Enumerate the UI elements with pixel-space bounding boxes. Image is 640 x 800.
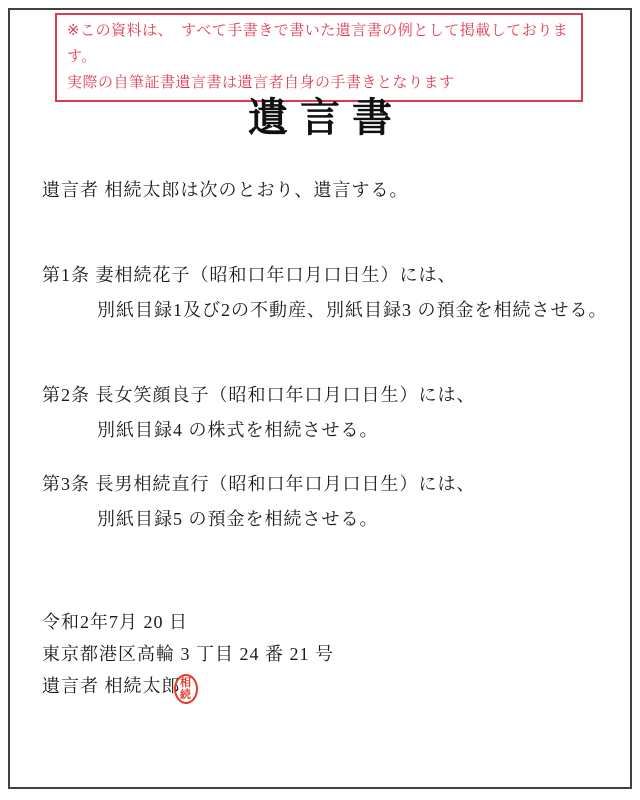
signature-row: 遺言者 相続太郎 相 続 (42, 672, 198, 704)
testator-intro-line: 遺言者 相続太郎は次のとおり、遺言する。 (42, 176, 409, 202)
document-page: ※この資料は、 すべて手書きで書いた遺言書の例として掲載しております。 実際の自… (8, 8, 632, 789)
article-1-line-1: 第1条 妻相続花子（昭和口年口月口日生）には、 (42, 261, 457, 287)
article-1-line-2: 別紙目録1及び2の不動産、別紙目録3 の預金を相続させる。 (97, 296, 608, 322)
article-2-line-1: 第2条 長女笑顔良子（昭和口年口月口日生）には、 (42, 381, 476, 407)
hanko-seal-icon: 相 続 (174, 674, 198, 704)
date-line: 令和2年7月 20 日 (42, 608, 188, 634)
signature-text: 遺言者 相続太郎 (42, 672, 181, 698)
seal-char-bottom: 続 (180, 689, 191, 701)
notice-line-1: ※この資料は、 すべて手書きで書いた遺言書の例として掲載しております。 (67, 18, 571, 70)
article-3-line-1: 第3条 長男相続直行（昭和口年口月口日生）には、 (42, 470, 476, 496)
article-2-line-2: 別紙目録4 の株式を相続させる。 (97, 416, 379, 442)
seal-char-top: 相 (180, 677, 191, 689)
document-title: 遺言書 (10, 86, 630, 143)
article-3-line-2: 別紙目録5 の預金を相続させる。 (97, 505, 379, 531)
address-line: 東京都港区高輪 3 丁目 24 番 21 号 (42, 640, 334, 666)
